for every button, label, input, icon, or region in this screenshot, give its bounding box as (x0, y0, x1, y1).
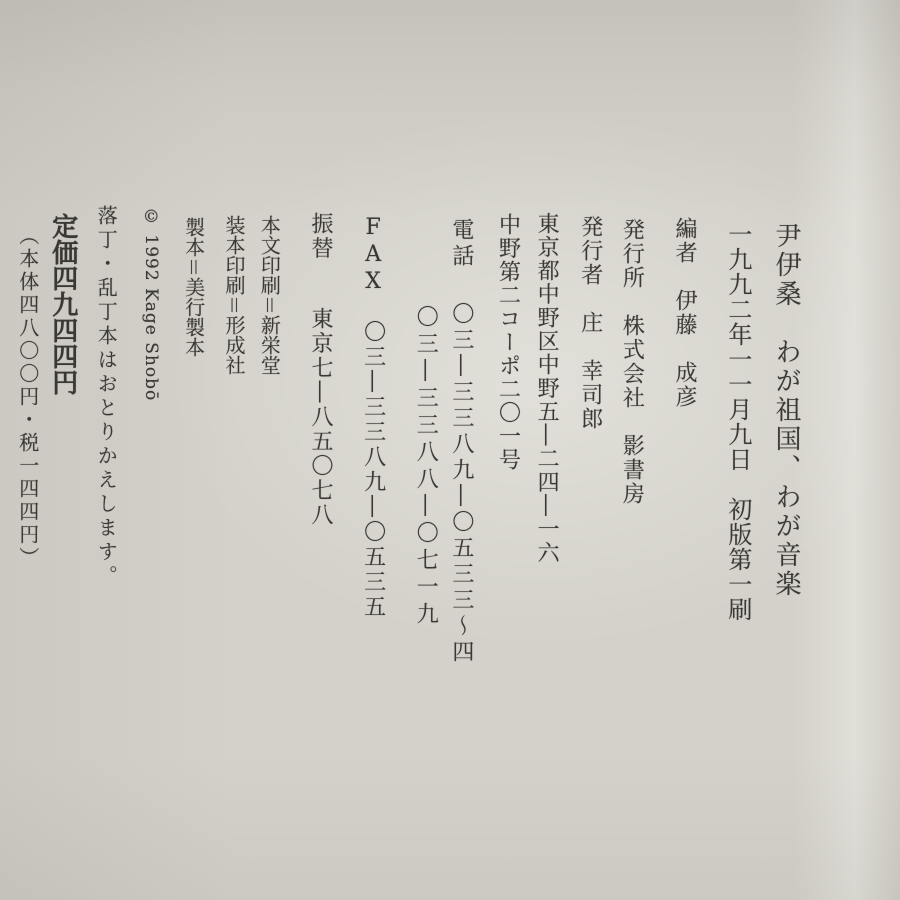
edition-date-line: 一九九二年一一月九日 初版第一刷 (724, 205, 751, 900)
copyright-line: © 1992 Kage Shobō (141, 205, 160, 900)
price-breakdown-line: （本体四八〇〇円・税一四四円） (16, 205, 38, 900)
editor-label: 編者 (672, 217, 697, 265)
cover-printing-line: 装本印刷＝形成社 (223, 205, 245, 900)
postal-transfer-number: 東京七―八五〇七八 (308, 307, 333, 528)
defect-notice-line: 落丁・乱丁本はおとりかえします。 (95, 205, 117, 900)
publisher-office-label: 発行所 (619, 218, 644, 290)
address-line-2: 中野第二コーポ二〇一号 (495, 205, 520, 900)
fax-line: FAX〇三―三三八九―〇五三五 (360, 205, 385, 900)
book-title: 尹伊桑 わが祖国、わが音楽 (771, 205, 800, 900)
fax-label: FAX (361, 215, 386, 296)
publisher-person-name: 庄 幸司郎 (578, 311, 603, 431)
editor-name: 伊藤 成彦 (672, 289, 697, 409)
book-page-photo: 尹伊桑 わが祖国、わが音楽 一九九二年一一月九日 初版第一刷 編者伊藤 成彦 発… (0, 0, 900, 900)
publisher-office-line: 発行所株式会社 影書房 (619, 205, 644, 900)
phone-line-2: 〇三―三三八八―〇七一九 (413, 205, 438, 900)
colophon-block: 尹伊桑 わが祖国、わが音楽 一九九二年一一月九日 初版第一刷 編者伊藤 成彦 発… (16, 205, 800, 900)
publisher-person-label: 発行者 (578, 215, 603, 287)
publisher-office-name: 株式会社 影書房 (619, 314, 644, 506)
postal-transfer-label: 振替 (308, 212, 333, 261)
postal-transfer-line: 振替東京七―八五〇七八 (307, 205, 332, 900)
publisher-person-line: 発行者庄 幸司郎 (577, 205, 602, 900)
fax-number: 〇三―三三八九―〇五三五 (361, 320, 386, 620)
price-line: 定価四九四四円 (48, 205, 77, 900)
bookbinding-line: 製本＝美行製本 (182, 205, 204, 900)
editor-line: 編者伊藤 成彦 (671, 205, 696, 900)
phone-label: 電話 (449, 218, 474, 270)
text-printing-line: 本文印刷＝新栄堂 (258, 205, 280, 900)
phone-number: 〇三―三三八九―〇五三三〜四 (449, 302, 474, 666)
address-line-1: 東京都中野区中野五―二四―一六 (534, 205, 559, 900)
phone-line: 電話〇三―三三八九―〇五三三〜四 (448, 205, 473, 900)
